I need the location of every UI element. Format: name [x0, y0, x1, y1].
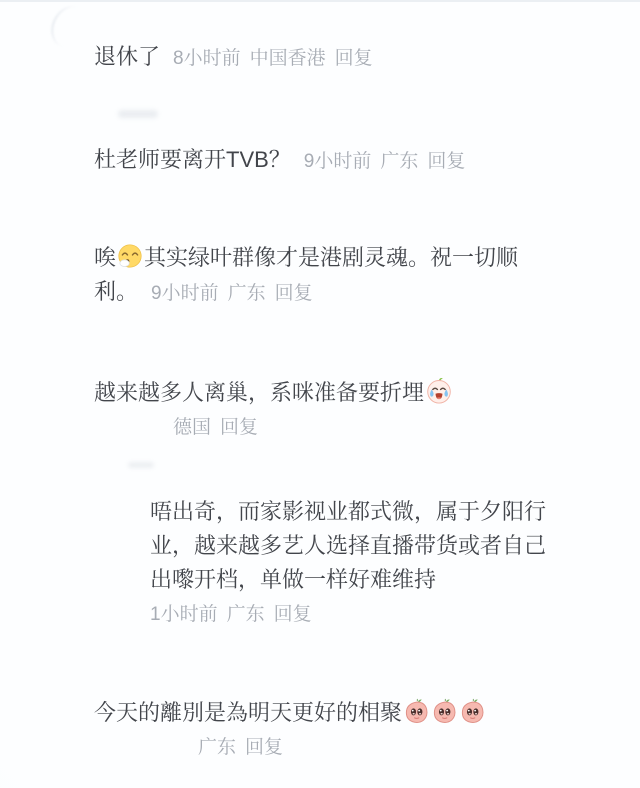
comment-location: 广东	[198, 737, 236, 758]
comment-time: 9小时前	[151, 283, 219, 304]
comment-text: 越来越多人离巢，系咪准备要折埋	[94, 380, 454, 405]
comment-text-segment: 唉	[94, 245, 116, 270]
comment-item: 唉 其实绿叶群像才是港剧灵魂。祝一切顺利。9小时前广东回复	[94, 241, 530, 311]
reply-button[interactable]: 回复	[220, 417, 258, 438]
comment-text-segment: 退休了	[94, 44, 160, 69]
comment-location: 中国香港	[250, 48, 326, 69]
peach-cry-emoji-icon	[459, 698, 486, 725]
comment-text: 杜老师要离开TVB？	[94, 147, 291, 172]
comment-section: 退休了8小时前中国香港回复 杜老师要离开TVB？9小时前广东回复 唉 其实绿叶群…	[0, 0, 640, 788]
reply-button[interactable]: 回复	[275, 283, 313, 304]
comment-text-segment: 越来越多人离巢，系咪准备要折埋	[94, 380, 424, 405]
comment-text-segment: 杜老师要离开TVB？	[94, 147, 291, 172]
comment-location: 广东	[380, 151, 418, 172]
comment-item: 退休了8小时前中国香港回复	[94, 40, 530, 76]
sigh-face-emoji-icon	[117, 243, 143, 269]
peach-cry-emoji-icon	[403, 698, 430, 725]
comment-time: 1小时前	[150, 604, 218, 625]
comment-meta: 1小时前广东回复	[150, 600, 552, 630]
comment-location: 广东	[227, 604, 265, 625]
reply-button[interactable]: 回复	[274, 604, 312, 625]
comment-time: 8小时前	[173, 48, 241, 69]
comment-location: 德国	[173, 417, 211, 438]
smudge-artifact	[118, 110, 158, 118]
comment-time: 9小时前	[304, 151, 372, 172]
comment-meta: 德国回复	[173, 413, 530, 443]
comment-location: 广东	[228, 283, 266, 304]
comment-text-segment: 今天的離別是為明天更好的相聚	[94, 700, 402, 725]
comment-meta: 广东回复	[198, 733, 530, 763]
smudge-artifact	[128, 462, 154, 468]
comment-item: 越来越多人离巢，系咪准备要折埋 德国回复	[94, 376, 530, 443]
comment-item: 杜老师要离开TVB？9小时前广东回复	[94, 143, 530, 179]
comment-item: 今天的離別是為明天更好的相聚 广东回复	[94, 696, 530, 763]
comment-text: 唔出奇，而家影视业都式微，属于夕阳行业，越来越多艺人选择直播带货或者自己出嚟开档…	[150, 499, 546, 592]
comment-meta: 9小时前广东回复	[151, 283, 313, 304]
reply-button[interactable]: 回复	[335, 48, 373, 69]
page-curl-artifact	[47, 2, 93, 52]
comment-meta: 9小时前广东回复	[304, 151, 466, 172]
peach-cry-emoji-icon	[431, 698, 458, 725]
comment-meta: 8小时前中国香港回复	[173, 48, 373, 69]
comment-text: 今天的離別是為明天更好的相聚	[94, 700, 486, 725]
comment-item: 唔出奇，而家影视业都式微，属于夕阳行业，越来越多艺人选择直播带货或者自己出嚟开档…	[150, 495, 552, 630]
crying-sprout-emoji-icon	[425, 377, 453, 405]
comment-text: 退休了	[94, 44, 160, 69]
reply-button[interactable]: 回复	[245, 737, 283, 758]
comment-text-segment: 唔出奇，而家影视业都式微，属于夕阳行业，越来越多艺人选择直播带货或者自己出嚟开档…	[150, 499, 546, 592]
reply-button[interactable]: 回复	[427, 151, 465, 172]
